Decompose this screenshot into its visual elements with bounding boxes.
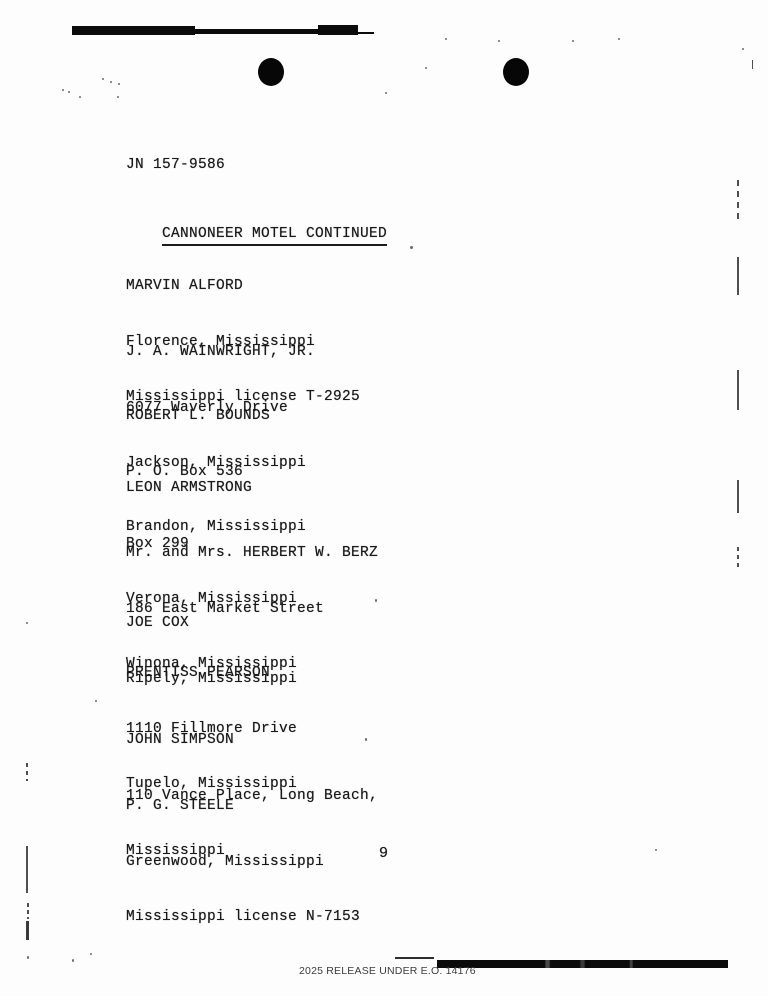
scan-artifact-bar-middle [195, 29, 318, 34]
scan-speckle [110, 81, 112, 83]
left-edge-mark [90, 953, 92, 955]
scan-speckle [572, 40, 574, 42]
scan-speckle [385, 92, 387, 94]
left-edge-mark [72, 959, 74, 962]
release-note: 2025 RELEASE UNDER E.O. 14176 [299, 965, 476, 977]
case-number: JN 157-9586 [126, 156, 225, 175]
left-edge-mark [26, 846, 28, 893]
left-edge-mark [26, 622, 28, 624]
footer-redaction-bar [437, 960, 728, 968]
left-edge-mark [26, 763, 28, 781]
right-edge-mark [737, 547, 739, 567]
scan-speckle [618, 38, 620, 40]
entry-name-line: MARVIN ALFORD [126, 277, 360, 296]
right-edge-mark [737, 180, 739, 223]
entry-name-line: LEON ARMSTRONG [126, 479, 297, 498]
entry-name-line: P. G. STEELE [126, 797, 360, 816]
scanned-document-page: JN 157-9586 CANNONEER MOTEL CONTINUED MA… [0, 0, 768, 996]
scan-speckle [410, 246, 413, 249]
entry-address-line: Mississippi license N-7153 [126, 908, 360, 927]
page-number: 9 [379, 845, 388, 862]
guest-entry: P. G. STEELE Greenwood, Mississippi Miss… [126, 760, 360, 964]
scan-speckle [62, 89, 64, 91]
scan-speckle [79, 96, 81, 98]
scan-speckle [117, 96, 119, 98]
scan-speckle [118, 83, 120, 85]
left-edge-mark [26, 921, 29, 940]
entry-address-line: Greenwood, Mississippi [126, 853, 360, 872]
entry-name-line: Mr. and Mrs. HERBERT W. BERZ [126, 544, 378, 563]
scan-speckle [655, 849, 657, 851]
scan-speckle [445, 38, 447, 40]
right-edge-mark [737, 257, 739, 295]
scan-speckle [102, 78, 104, 80]
scan-artifact-bar-left [72, 26, 195, 35]
scan-artifact-bar-right [318, 25, 358, 35]
footer-thin-line [395, 957, 434, 959]
scan-speckle [425, 67, 427, 69]
entry-name-line: JOHN SIMPSON [126, 731, 378, 750]
right-edge-mark [737, 480, 739, 513]
hole-punch-dot-right [503, 58, 529, 86]
entry-name-line: J. A. WAINWRIGHT, JR. [126, 343, 315, 362]
entry-name-line: ROBERT L. BOUNDS [126, 407, 306, 426]
scan-speckle [742, 48, 744, 50]
scan-speckle [498, 40, 500, 42]
left-edge-mark [27, 903, 29, 919]
scan-speckle [68, 91, 70, 93]
scan-artifact-bar-tail [358, 32, 374, 34]
right-edge-mark [737, 370, 739, 410]
hole-punch-dot-left [258, 58, 284, 86]
scan-speckle [95, 700, 97, 702]
left-edge-mark [27, 956, 29, 959]
scan-speckle [752, 60, 753, 69]
entry-name-line: PRENTISS PEARSON [126, 664, 297, 683]
